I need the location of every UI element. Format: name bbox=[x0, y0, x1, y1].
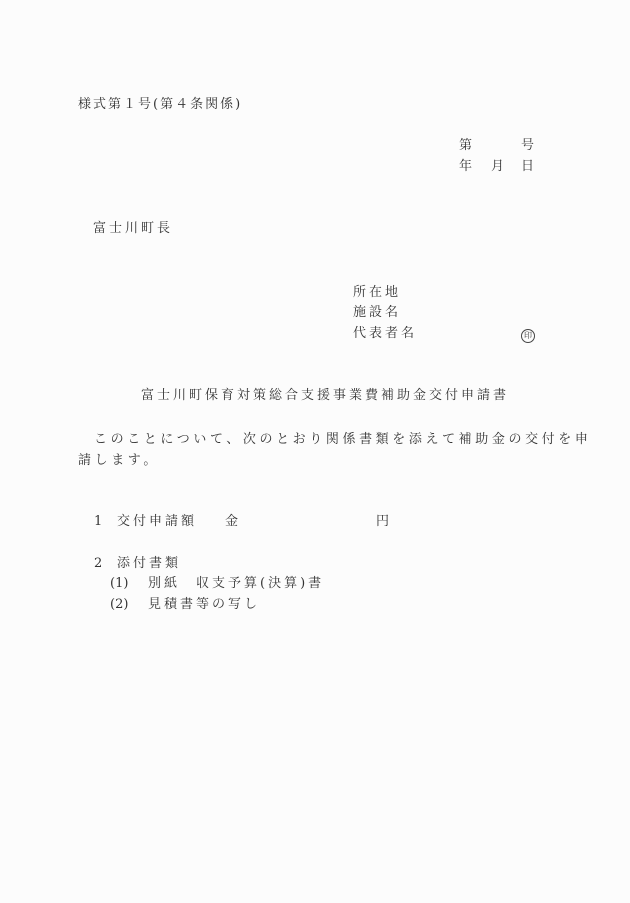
date-day: 日 bbox=[521, 159, 536, 175]
seal-icon: 印 bbox=[521, 329, 535, 343]
address-label: 所在地 bbox=[353, 285, 401, 301]
subitem-1-number: (1) bbox=[110, 576, 128, 592]
date-year: 年 bbox=[459, 159, 474, 175]
form-label: 様式第１号(第４条関係) bbox=[78, 97, 242, 113]
subitem-2-label: 見積書等の写し bbox=[148, 597, 260, 613]
representative-label: 代表者名 bbox=[353, 326, 417, 342]
item-2-label: 添付書類 bbox=[117, 556, 181, 572]
facility-label: 施設名 bbox=[353, 305, 401, 321]
document-number-prefix: 第 bbox=[459, 138, 474, 154]
seal-mark: 印 bbox=[521, 327, 535, 343]
subitem-1-label: 別紙 収支予算(決算)書 bbox=[148, 576, 324, 592]
amount-prefix: 金 bbox=[225, 514, 240, 530]
document-title: 富士川町保育対策総合支援事業費補助金交付申請書 bbox=[141, 388, 509, 404]
item-1-label: 交付申請額 bbox=[117, 514, 197, 530]
body-line-2: 請します。 bbox=[78, 453, 160, 469]
item-2-number: 2 bbox=[94, 556, 102, 572]
addressee: 富士川町長 bbox=[93, 221, 173, 237]
date-month: 月 bbox=[491, 159, 506, 175]
body-line-1: このことについて、次のとおり関係書類を添えて補助金の交付を申 bbox=[94, 432, 591, 448]
subitem-2-number: (2) bbox=[110, 597, 128, 613]
item-1-number: 1 bbox=[94, 514, 102, 530]
amount-suffix: 円 bbox=[376, 514, 391, 530]
document-number-suffix: 号 bbox=[521, 138, 536, 154]
